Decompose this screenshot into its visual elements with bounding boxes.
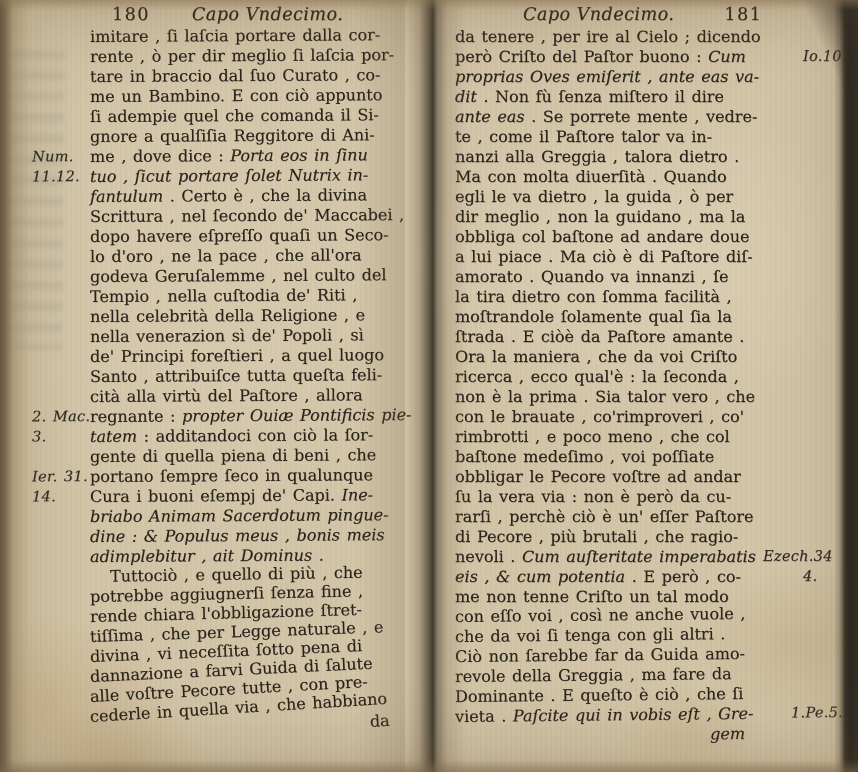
body-text-segment: lo d'oro , ne la pace , che all'ora xyxy=(90,245,362,266)
text-line: dit . Non fù ſenza miſtero il dire xyxy=(455,87,795,107)
text-line: rarſi , perchè ciò è un' eſſer Paſtore xyxy=(455,507,795,527)
body-text-segment: te , come il Paſtore talor va in- xyxy=(455,127,712,146)
latin-quote-segment: Cum auſteritate imperabatis xyxy=(522,547,756,566)
text-line: di Pecore , più brutali , che ragio- xyxy=(455,527,795,547)
body-text-segment: ricerca , ecco qual'è : la ſeconda , xyxy=(455,367,739,386)
body-text-segment: ſtrada . E ciòè da Paſtore amante . xyxy=(455,327,744,346)
text-line: Io.10.4.però Criſto del Paſtor buono : C… xyxy=(455,47,795,67)
text-line: ricerca , ecco qual'è : la ſeconda , xyxy=(455,367,795,387)
body-text-segment: me non tenne Criſto un tal modo xyxy=(455,587,729,606)
latin-quote-segment: dine : & Populus meus , bonis meis xyxy=(90,525,385,546)
margin-citation-note: 2. Mac. xyxy=(32,407,88,427)
latin-quote-segment: Paſcite qui in vobis eſt , Gre- xyxy=(513,704,754,726)
latin-quote-segment: gem xyxy=(710,724,745,743)
body-text-segment: Santo , attribuiſce tutta queſta feli- xyxy=(90,365,382,386)
body-text-segment: rente , ò per dir meglio ſi laſcia por- xyxy=(90,45,394,66)
body-text-segment: Dominante . E queſto è ciò , che ſi xyxy=(455,684,743,706)
latin-quote-segment: briabo Animam Sacerdotum pingue- xyxy=(90,505,389,526)
text-line: moſtrandole ſolamente qual ſia la xyxy=(455,307,795,327)
text-line: 4.eis , & cum potentia . E però , co- xyxy=(455,567,795,587)
body-text-segment: me un Bambino. E con ciò appunto xyxy=(90,85,382,106)
text-line: a lui piace . Ma ciò è di Paſtore diſ- xyxy=(455,247,795,267)
body-text-segment: ſu la vera via : non è però da cu- xyxy=(455,487,731,506)
text-line: nanzi alla Greggia , talora dietro . xyxy=(455,147,795,167)
body-text-segment: tare in braccio dal ſuo Curato , co- xyxy=(90,65,380,86)
body-text-segment: dopo havere eſpreſſo quaſi un Seco- xyxy=(90,225,389,246)
body-text-segment: me , dove dice : xyxy=(90,146,230,166)
body-text-segment: gnore a qualſiſia Reggitore di Ani- xyxy=(90,125,375,146)
body-text-segment: : additandoci con ciò la ſor- xyxy=(137,425,373,445)
latin-quote-segment: fantulum xyxy=(90,187,163,206)
text-line: rimbrotti , e poco meno , che col xyxy=(455,427,795,447)
body-text-segment: Tempio , nella cuſtodia de' Riti , xyxy=(90,285,357,306)
body-text-segment: da tenere , per ire al Cielo ; dicendo xyxy=(455,27,761,46)
text-line: da tenere , per ire al Cielo ; dicendo xyxy=(455,27,795,47)
body-text-segment: rarſi , perchè ciò è un' eſſer Paſtore xyxy=(455,507,753,526)
body-text-segment: dir meglio , non la guidano , ma la xyxy=(455,207,745,226)
body-text-segment: la tira dietro con ſomma facilità , xyxy=(455,287,732,306)
catchword: gem xyxy=(455,723,795,747)
margin-citation-note: Ier. 31. xyxy=(32,467,88,487)
body-text-segment: . Se porrete mente , vedre- xyxy=(525,107,758,126)
body-text-segment: di Pecore , più brutali , che ragio- xyxy=(455,527,738,546)
text-line: ſu la vera via : non è però da cu- xyxy=(455,487,795,507)
body-text-segment: cità alla virtù del Paſtore , allora xyxy=(90,385,363,406)
text-line: Ora la maniera , che da voi Criſto xyxy=(455,347,795,367)
margin-citation-note: 14. xyxy=(32,487,88,507)
body-text-segment: . Non fù ſenza miſtero il dire xyxy=(477,87,724,106)
text-line: obbliga col baſtone ad andare doue xyxy=(455,227,795,247)
text-block-right: da tenere , per ire al Cielo ; dicendoIo… xyxy=(455,27,795,747)
body-text-segment: Cura i buoni eſempj de' Capi. xyxy=(90,485,342,506)
body-text-segment: però Criſto del Paſtor buono : xyxy=(455,47,708,66)
latin-quote-segment: Cum xyxy=(708,47,746,66)
body-text-segment: obbliga col baſtone ad andare doue xyxy=(455,227,749,246)
text-line: con le brauate , co'rimproveri , co' xyxy=(455,407,795,427)
body-text-segment: nanzi alla Greggia , talora dietro . xyxy=(455,147,739,166)
body-text-segment: a lui piace . Ma ciò è di Paſtore diſ- xyxy=(455,247,753,266)
body-text-segment: Ora la maniera , che da voi Criſto xyxy=(455,347,737,366)
text-line: Ma con molta diuerſità . Quando xyxy=(455,167,795,187)
latin-quote-segment: eis , & cum potentia xyxy=(455,567,625,586)
body-text-segment: . E però , co- xyxy=(625,567,741,586)
corner-shadow-top-right xyxy=(786,0,858,150)
body-text-segment: ſi adempie quel che comanda il Si- xyxy=(90,105,379,126)
body-text-segment: amorato . Quando va innanzi , ſe xyxy=(455,267,729,286)
text-line: Ezech.34nevoli . Cum auſteritate imperab… xyxy=(455,547,795,567)
page-edge-top xyxy=(0,0,858,10)
latin-quote-segment: Porta eos in ſinu xyxy=(230,145,368,165)
body-text-segment: gente di quella piena di beni , che xyxy=(90,445,376,466)
body-text-segment: obbligar le Pecore voſtre ad andar xyxy=(455,467,741,486)
text-line: te , come il Paſtore talor va in- xyxy=(455,127,795,147)
latin-quote-segment: tuo , ſicut portare ſolet Nutrix in- xyxy=(90,165,368,186)
body-text-segment: portano ſempre ſeco in qualunque xyxy=(90,465,373,486)
text-line: dir meglio , non la guidano , ma la xyxy=(455,207,795,227)
margin-citation-note: 11.12. xyxy=(32,167,88,187)
margin-citation-note: 3. xyxy=(32,427,88,447)
text-line: ante eas . Se porrete mente , vedre- xyxy=(455,107,795,127)
body-text-segment: revole della Greggia , ma fare da xyxy=(455,664,732,686)
text-line: amorato . Quando va innanzi , ſe xyxy=(455,267,795,287)
text-line: ſtrada . E ciòè da Paſtore amante . xyxy=(455,327,795,347)
text-line: baſtone medeſimo , voi poſſiate xyxy=(455,447,795,467)
margin-citation-note: Ezech.34 xyxy=(763,547,835,567)
latin-quote-segment: tatem xyxy=(90,427,137,446)
body-text-segment: con eſſo voi , così ne anche vuole , xyxy=(455,604,746,626)
body-text-segment: de' Principi foreſtieri , a quel luogo xyxy=(90,345,384,366)
body-text-segment: nella celebrità della Religione , e xyxy=(90,305,365,326)
page-fold-shadow-left xyxy=(355,0,405,772)
text-line: non è la prima . Sia talor vero , che xyxy=(455,387,795,407)
body-text-segment: che da voi ſi tenga con gli altri . xyxy=(455,624,726,646)
book-gutter-shadow xyxy=(405,0,467,772)
body-text-segment: imitare , ſi laſcia portare dalla cor- xyxy=(90,25,380,46)
body-text-segment: . Certo è , che la divina xyxy=(163,185,367,205)
page-edge-left xyxy=(0,0,30,772)
body-text-segment: egli le va dietro , la guida , ò per xyxy=(455,187,733,206)
body-text-segment: Ciò non ſarebbe far da Guida amo- xyxy=(455,644,745,666)
text-line: la tira dietro con ſomma facilità , xyxy=(455,287,795,307)
body-text-segment: moſtrandole ſolamente qual ſia la xyxy=(455,307,732,326)
text-line: proprias Oves emiſerit , ante eas va- xyxy=(455,67,795,87)
latin-quote-segment: proprias Oves emiſerit , ante eas va- xyxy=(455,67,759,86)
body-text-segment: con le brauate , co'rimproveri , co' xyxy=(455,407,744,426)
body-text-segment: baſtone medeſimo , voi poſſiate xyxy=(455,447,714,466)
body-text-segment: regnante : xyxy=(90,406,182,426)
body-text-segment: non è la prima . Sia talor vero , che xyxy=(455,387,755,406)
body-text-segment: Ma con molta diuerſità . Quando xyxy=(455,167,727,186)
book-scan: 180Capo Vndecimo. imitare , ſi laſcia po… xyxy=(0,0,858,772)
body-text-segment: rimbrotti , e poco meno , che col xyxy=(455,427,730,446)
margin-citation-note: Num. xyxy=(32,147,88,167)
text-line: obbligar le Pecore voſtre ad andar xyxy=(455,467,795,487)
text-line: egli le va dietro , la guida , ò per xyxy=(455,187,795,207)
body-text-segment: nella venerazion sì de' Popoli , sì xyxy=(90,325,364,346)
body-text-segment: godeva Geruſalemme , nel culto del xyxy=(90,265,387,286)
page-edge-bottom xyxy=(0,760,858,772)
